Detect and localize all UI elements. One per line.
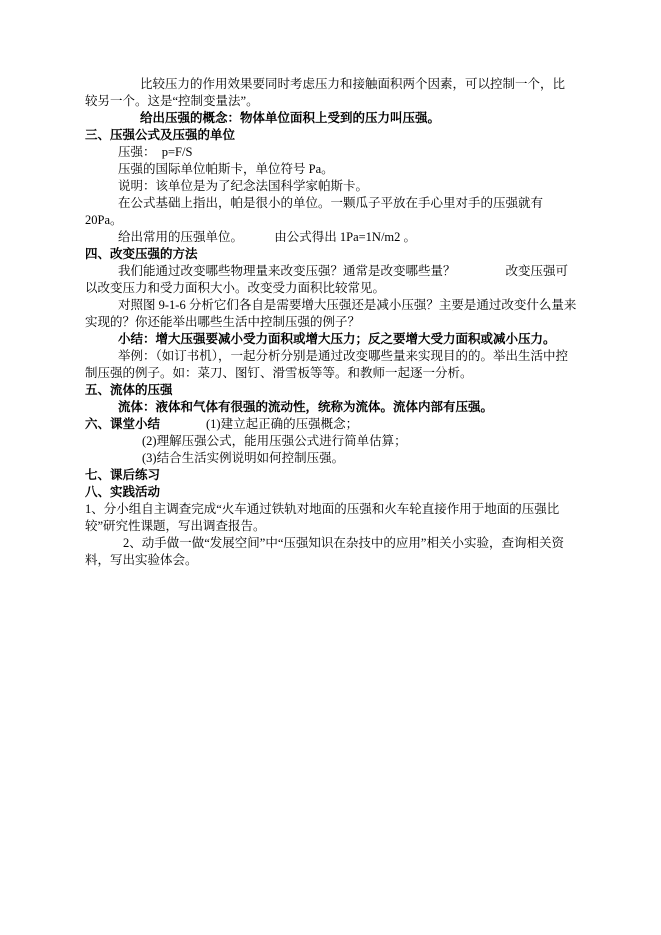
common-units-line: 给出常用的压强单位。 由公式得出 1Pa=1N/m2 。 [85,229,577,246]
class-summary-item-2: (2)理解压强公式，能用压强公式进行简单估算； [85,433,577,450]
unit-line: 压强的国际单位帕斯卡，单位符号 Pa。 [85,161,577,178]
class-summary-item-1: (1)建立起正确的压强概念； [206,417,358,431]
page: 比较压力的作用效果要同时考虑压力和接触面积两个因素，可以控制一个，比较另一个。这… [0,0,661,935]
question-2: 对照图 9-1-6 分析它们各自是需要增大压强还是减小压强？主要是通过改变什么量… [85,297,577,331]
intro-paragraph: 比较压力的作用效果要同时考虑压力和接触面积两个因素，可以控制一个，比较另一个。这… [85,76,577,110]
example-line: 在公式基础上指出，帕是很小的单位。一颗瓜子平放在手心里对手的压强就有 20Pa。 [85,195,577,229]
class-summary-item-3: (3)结合生活实例说明如何控制压强。 [85,450,577,467]
section-3-heading: 三、压强公式及压强的单位 [85,127,577,144]
examples-line: 举例：（如订书机），一起分析分别是通过改变哪些量来实现目的的。举出生活中控制压强… [85,348,577,382]
fluid-definition: 流体：液体和气体有很强的流动性，统称为流体。流体内部有压强。 [85,399,577,416]
section-7-heading: 七、课后练习 [85,467,577,484]
question-1: 我们能通过改变哪些物理量来改变压强？通常是改变哪些量？ 改变压强可以改变压力和受… [85,263,577,297]
formula-line: 压强： p=F/S [85,144,577,161]
note-line: 说明：该单位是为了纪念法国科学家帕斯卡。 [85,178,577,195]
document-content: 比较压力的作用效果要同时考虑压力和接触面积两个因素，可以控制一个，比较另一个。这… [85,76,577,569]
section-8-heading: 八、实践活动 [85,484,577,501]
section-6-heading: 六、课堂小结 [85,417,160,431]
section-5-heading: 五、流体的压强 [85,382,577,399]
section-4-heading: 四、改变压强的方法 [85,246,577,263]
practice-task-1: 1、分小组自主调查完成“火车通过铁轨对地面的压强和火车轮直接作用于地面的压强比较… [85,501,577,535]
summary-line: 小结：增大压强要减小受力面积或增大压力；反之要增大受力面积或减小压力。 [85,331,577,348]
practice-task-2: 2、动手做一做“发展空间”中“压强知识在杂技中的应用”相关小实验，查询相关资料，… [85,535,577,569]
section-6-heading-line: 六、课堂小结(1)建立起正确的压强概念； [85,416,577,433]
concept-definition: 给出压强的概念：物体单位面积上受到的压力叫压强。 [85,110,577,127]
